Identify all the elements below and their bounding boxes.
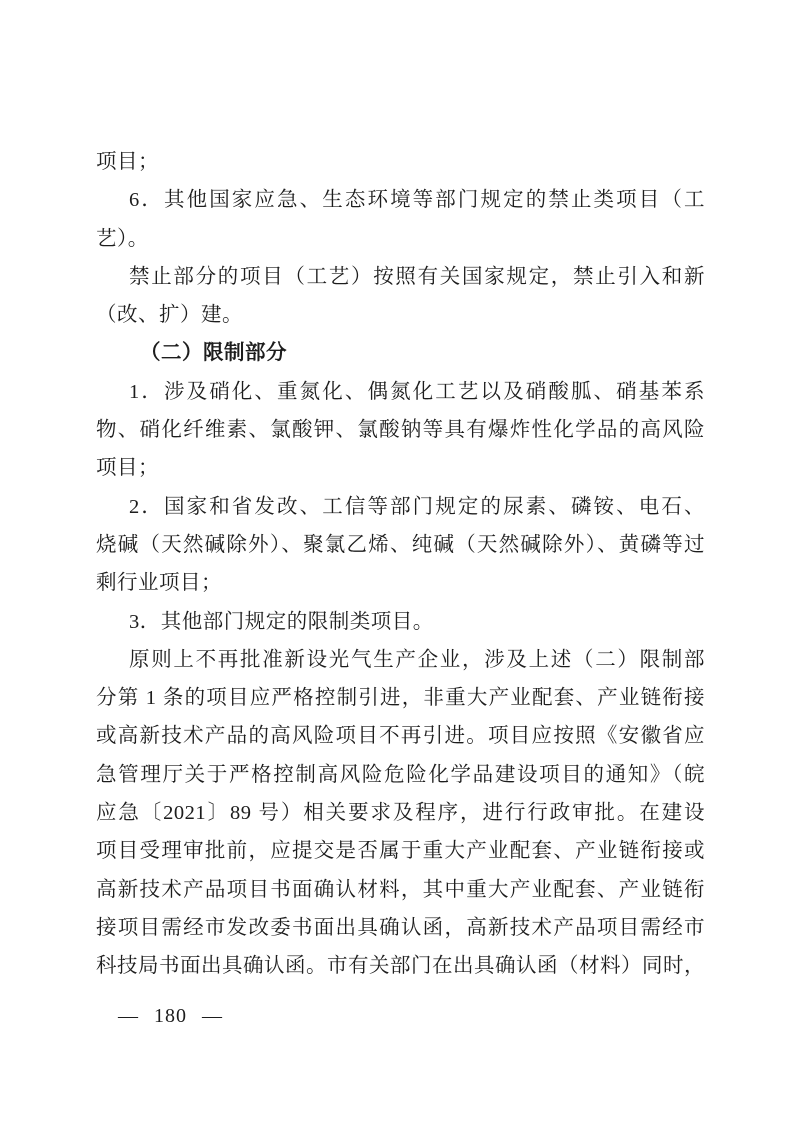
text-line: 或高新技术产品的高风险项目不再引进。项目应按照《安徽省应: [96, 717, 705, 755]
text-line: 项目；: [96, 449, 705, 487]
text-line: 3．其他部门规定的限制类项目。: [96, 603, 705, 641]
text-line: 项目；: [96, 143, 705, 181]
text-line: 急管理厅关于严格控制高风险危险化学品建设项目的通知》（皖: [96, 756, 705, 794]
text-line: 1．涉及硝化、重氮化、偶氮化工艺以及硝酸胍、硝基苯系: [96, 373, 705, 411]
text-line: 剩行业项目；: [96, 564, 705, 602]
text-line: 科技局书面出具确认函。市有关部门在出具确认函（材料）同时，: [96, 947, 705, 985]
text-line: （改、扩）建。: [96, 296, 705, 334]
page-number: — 180 —: [118, 1002, 223, 1030]
text-line: 分第 1 条的项目应严格控制引进，非重大产业配套、产业链衔接: [96, 679, 705, 717]
text-line: 物、硝化纤维素、氯酸钾、氯酸钠等具有爆炸性化学品的高风险: [96, 411, 705, 449]
text-line: 艺）。: [96, 220, 705, 258]
section-heading: （二）限制部分: [96, 334, 705, 372]
text-line: 接项目需经市发改委书面出具确认函，高新技术产品项目需经市: [96, 909, 705, 947]
document-body: 项目； 6．其他国家应急、生态环境等部门规定的禁止类项目（工 艺）。 禁止部分的…: [96, 143, 705, 986]
text-line: 烧碱（天然碱除外）、聚氯乙烯、纯碱（天然碱除外）、黄磷等过: [96, 526, 705, 564]
document-page: 项目； 6．其他国家应急、生态环境等部门规定的禁止类项目（工 艺）。 禁止部分的…: [0, 0, 794, 1122]
text-line: 原则上不再批准新设光气生产企业，涉及上述（二）限制部: [96, 641, 705, 679]
text-line: 6．其他国家应急、生态环境等部门规定的禁止类项目（工: [96, 181, 705, 219]
text-line: 高新技术产品项目书面确认材料，其中重大产业配套、产业链衔: [96, 871, 705, 909]
text-line: 禁止部分的项目（工艺）按照有关国家规定，禁止引入和新: [96, 258, 705, 296]
text-line: 2．国家和省发改、工信等部门规定的尿素、磷铵、电石、: [96, 488, 705, 526]
text-line: 项目受理审批前，应提交是否属于重大产业配套、产业链衔接或: [96, 832, 705, 870]
text-line: 应急〔2021〕89 号）相关要求及程序，进行行政审批。在建设: [96, 794, 705, 832]
